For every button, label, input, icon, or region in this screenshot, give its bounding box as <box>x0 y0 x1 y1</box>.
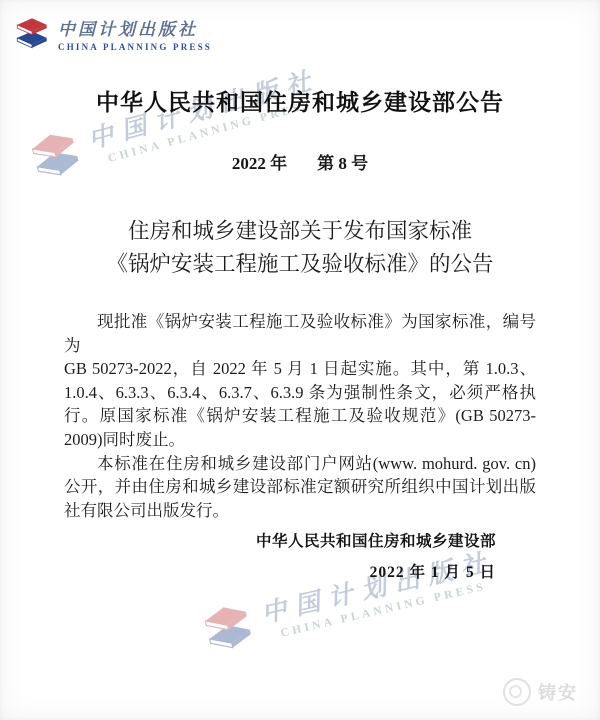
body-line: 1.0.4、6.3.3、6.3.4、6.3.7、6.3.9 条为强制性条文，必须… <box>64 381 536 405</box>
corner-watermark-badge: 铸安 <box>503 678 578 706</box>
body-line: 社有限公司出版发行。 <box>64 499 536 523</box>
books-stack-icon <box>198 599 259 656</box>
announcement-subtitle: 住房和城乡建设部关于发布国家标准 《锅炉安装工程施工及验收标准》的公告 <box>0 215 600 281</box>
watermark-en-text: CHINA PLANNING PRESS <box>266 578 501 643</box>
badge-label: 铸安 <box>538 679 578 705</box>
publisher-name-en: CHINA PLANNING PRESS <box>58 42 212 52</box>
publisher-name-cn: 中国计划出版社 <box>58 15 212 40</box>
announcement-body: 现批准《锅炉安装工程施工及验收标准》为国家标准，编号为 GB 50273-202… <box>64 310 536 522</box>
subtitle-line-2: 《锅炉安装工程施工及验收标准》的公告 <box>0 248 600 281</box>
announcement-title: 中华人民共和国住房和城乡建设部公告 <box>0 84 600 117</box>
body-line: 公开，并由住房和城乡建设部标准定额研究所组织中国计划出版 <box>64 475 536 499</box>
announcement-page: 中国计划出版社 CHINA PLANNING PRESS 中国计划出版社 CHI… <box>0 0 600 720</box>
mascot-icon <box>503 678 531 706</box>
signature-date: 2022 年 1 月 5 日 <box>256 560 496 582</box>
announcement-issue: 第 8 号 <box>317 154 368 173</box>
body-line: 2009)同时废止。 <box>64 428 536 452</box>
subtitle-line-1: 住房和城乡建设部关于发布国家标准 <box>0 215 600 248</box>
body-line: 现批准《锅炉安装工程施工及验收标准》为国家标准，编号为 <box>64 310 536 357</box>
signature-organization: 中华人民共和国住房和城乡建设部 <box>256 529 496 551</box>
books-stack-icon <box>14 14 50 52</box>
announcement-year: 2022 年 <box>232 154 287 173</box>
body-line: GB 50273-2022，自 2022 年 5 月 1 日起实施。其中，第 1… <box>64 357 536 381</box>
body-line: 行。原国家标准《锅炉安装工程施工及验收规范》(GB 50273- <box>64 404 536 428</box>
signature-block: 中华人民共和国住房和城乡建设部 2022 年 1 月 5 日 <box>256 529 496 582</box>
announcement-number: 2022 年第 8 号 <box>0 149 600 174</box>
publisher-logo: 中国计划出版社 CHINA PLANNING PRESS <box>14 14 212 52</box>
body-line: 本标准在住房和城乡建设部门户网站(www. mohurd. gov. cn) <box>64 452 536 476</box>
